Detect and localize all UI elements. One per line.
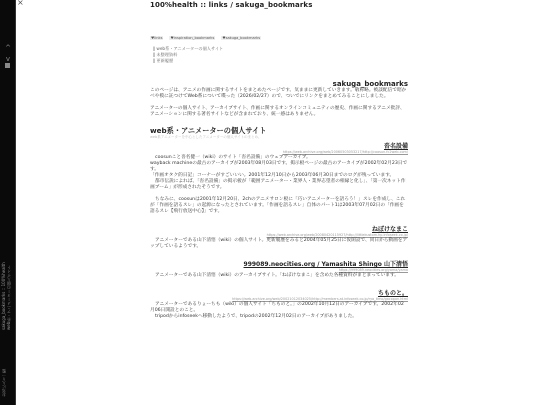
section-subtitle: web系アニメーターを中心としたアニメーターの個人サイトのまとめ。 bbox=[150, 135, 408, 140]
scroll-down-icon[interactable]: v bbox=[3, 55, 13, 63]
tag-inspiration-bookmarks[interactable]: ♥inspiration_bookmarks bbox=[169, 36, 215, 40]
intro: このページは、アニメの作画に関するサイトをまとめたページです。気ままに更新してい… bbox=[150, 88, 408, 118]
sidebar-vertical-text: web系・アニメーターの個人サイト bbox=[6, 240, 11, 330]
intro-paragraph: このページは、アニメの作画に関するサイトをまとめたページです。気ままに更新してい… bbox=[150, 88, 408, 100]
bookmark-entry: ねぼけなまこ https://web.archive.org/web/20080… bbox=[150, 224, 408, 250]
entry-paragraph: wayback machineの最古のアーカイブが2003年08月03日です。掲… bbox=[150, 161, 408, 173]
tag-list: ♥links ♥inspiration_bookmarks ♥sakuga_bo… bbox=[150, 36, 408, 40]
bookmark-entry: 999089.neocities.org / Yamashita Shingo … bbox=[150, 259, 408, 279]
intro-paragraph: アニメーターの個人サイト、アーカイブサイト、作画に関するオンラインコミュニティの… bbox=[150, 106, 408, 118]
scroll-up-icon[interactable]: ^ bbox=[3, 44, 13, 52]
entry-paragraph: 都市伝説によれば、「沓名設備」の掲示板が「範囲アニメーター・業界人・業界志望者の… bbox=[150, 179, 408, 191]
bookmark-entry: 沓名設備 https://web.archive.org/web/2006050… bbox=[150, 141, 408, 215]
tag-sakuga-bookmarks[interactable]: ♥sakuga_bookmarks bbox=[221, 36, 261, 40]
entry-paragraph: tripodからinfoseekへ移動したようで、tripodの2002年12月… bbox=[150, 314, 408, 320]
tag-links[interactable]: ♥links bbox=[150, 36, 163, 40]
entry-title-link[interactable]: ちものと。 bbox=[150, 288, 408, 297]
site-title: 100%health :: links / sakuga_bookmarks bbox=[150, 1, 408, 9]
entry-paragraph: アニメーターである山下清悟（wiki）のアーカイブサイト。「ねぼけなまこ」を含め… bbox=[150, 273, 408, 279]
main-content: 100%health :: links / sakuga_bookmarks ♥… bbox=[150, 0, 408, 320]
entry-paragraph: アニメーターであるりょーちも（wiki）の個人サイト「ちものと。」の2002年1… bbox=[150, 302, 408, 314]
close-icon[interactable]: × bbox=[17, 0, 24, 7]
entry-paragraph: アニメーターである山下清悟（wiki）の個人サイト。更新履歴をみると2004年0… bbox=[150, 238, 408, 250]
entry-title-link[interactable]: 999089.neocities.org / Yamashita Shingo … bbox=[150, 259, 408, 268]
entry-paragraph: ちなみに、coosunは2001年12月20日、2chのアニメサロン板に「巧いア… bbox=[150, 197, 408, 215]
menu-square-icon[interactable] bbox=[5, 63, 10, 68]
left-sidebar: ^ v sakuga_bookmarks :: 100%health web系・… bbox=[0, 0, 16, 405]
table-of-contents: ‖ web系・アニメーターの個人サイト ‖ 未整理資料 ‖ 更新履歴 bbox=[150, 46, 408, 63]
bookmark-entry: ちものと。 https://web.archive.org/web/200210… bbox=[150, 288, 408, 320]
toc-item[interactable]: ‖ 更新履歴 bbox=[153, 58, 408, 64]
entry-title-link[interactable]: ねぼけなまこ bbox=[150, 224, 408, 233]
sidebar-vertical-text: お気に入り一覧 bbox=[1, 337, 6, 397]
entry-title-link[interactable]: 沓名設備 bbox=[150, 141, 408, 150]
